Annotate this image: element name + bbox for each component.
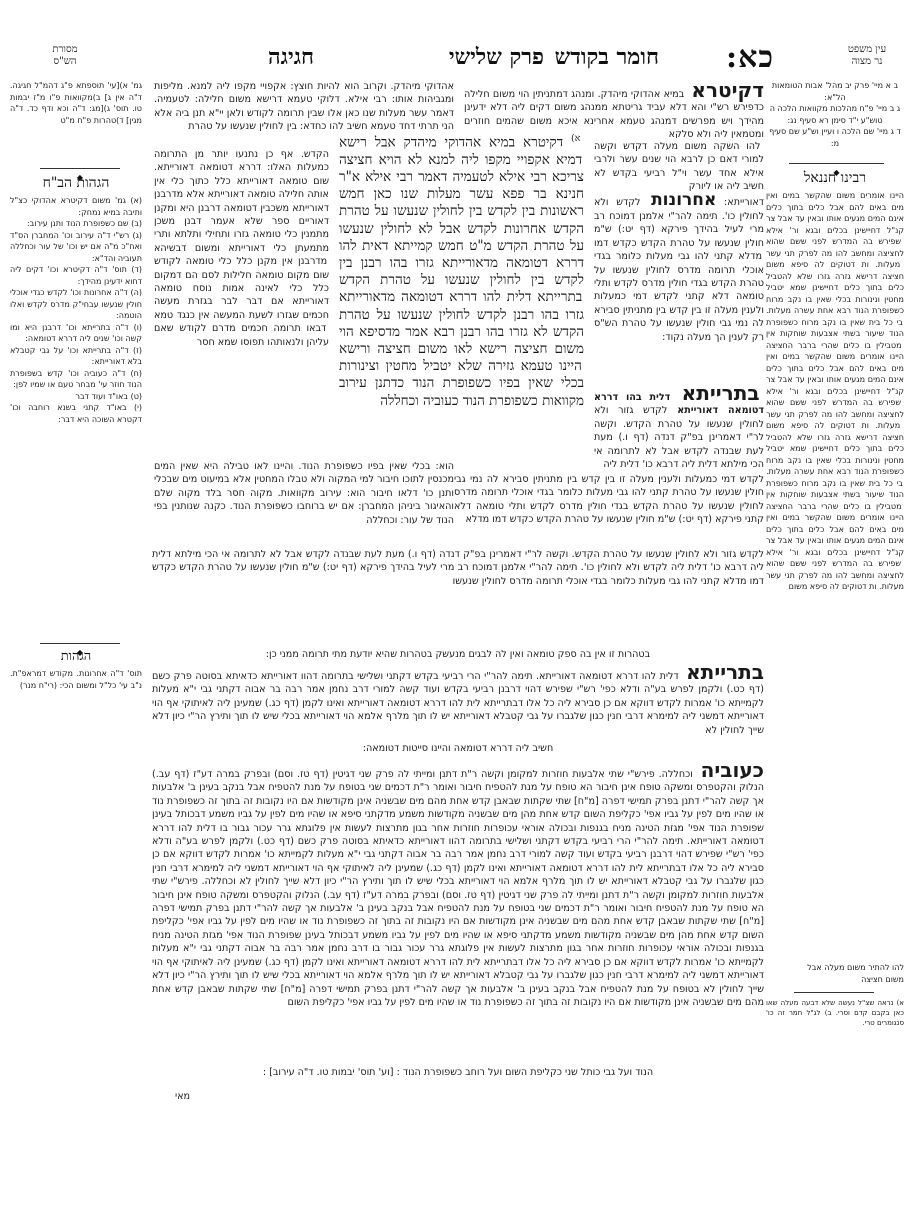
page-header: עין משפט נר מצוה כא: חומר בקודש פרק שליש…	[0, 40, 914, 76]
hagahot-text: תוס' ד"ה אחרונות. מקודש דמראפ"ת. נ"ב עי'…	[10, 668, 142, 718]
tosafot-dibur-hamatchil: דקיטרא	[684, 80, 764, 102]
rashi-bottom: הוא: בכלי שאין בפיו כשפופרת הנוד. והיינו…	[154, 460, 454, 545]
mesoret-label: מסורת הש"ס	[40, 44, 90, 68]
hagahot-habach-text: (א) גמ' משום דקיטרא אהדוקי כצ"ל ותיבה במ…	[10, 195, 142, 625]
hagahot-entry: (א) גמ' משום דקיטרא אהדוקי כצ"ל ותיבה במ…	[10, 195, 142, 218]
hagahot-entry: (ז) ד"ה בתרייתא וכו' על גבי קטבלא בלא דא…	[10, 345, 142, 368]
perek-name: חומר בקודש	[555, 44, 659, 70]
tosafot-top-col: להו השקה משום מעלה דקדש וקשה למורי דאם כ…	[594, 140, 764, 192]
ornament-divider: ◆	[40, 640, 120, 646]
rashi-top: אהדוקי מיהדק. וקרוב הוא להיות חוצץ: אקפו…	[154, 80, 454, 148]
rashi-column: הקדש. אף כן נתנעו יותר מן התרומה כמעלות …	[154, 148, 329, 458]
notes-divider	[794, 992, 874, 993]
hagahot-habach-title: הגהות הב"ח	[10, 175, 142, 192]
rabbeinu-chananel-text: היינו אומרים משום שהקשר במים ואין מים בא…	[766, 190, 904, 960]
hagahot-entry: (ב) שם כשפופרת הנוד ותנן עירוב:	[10, 218, 142, 230]
ein-mishpat-label: עין משפט נר מצוה	[832, 44, 902, 68]
tosafot-wide-1: לקדש גזור ולא לחולין שנעשו על טהרת הקדש.…	[152, 548, 764, 648]
gemara-text: א) דקיטרא במיא אהדוקי מיהדק אבל רישא דמי…	[339, 130, 584, 460]
tosafot-closing-line: הנוד ועל גבי כותל שני כקליפת השום ועל רו…	[152, 1066, 764, 1080]
tosafot-batraita-2-heading: בתרייתא	[679, 662, 764, 684]
talmud-page: עין משפט נר מצוה כא: חומר בקודש פרק שליש…	[0, 0, 914, 1213]
tosafot-acharonot-heading: אחרונות	[640, 190, 716, 210]
tosafot-batraita-heading: בתרייתא	[670, 383, 759, 405]
hagahot-entry: (ג) רש"י ד"ה עירוב וכו' המחברן הס"ד ואח"…	[10, 230, 142, 265]
catchword: מאי	[175, 1090, 215, 1104]
hagahot-entry: (ט) באו"ד ועוד דבר	[10, 391, 142, 403]
tosafot-acharonot: דאורייתא: אחרונות לקדש ולא לחולין כו'. ת…	[594, 190, 764, 375]
hagahot-entry: (ו) ד"ה בתרייתא וכו' דרבנן היא ומו קשה ו…	[10, 322, 142, 345]
perek-number: פרק שלישי	[449, 44, 544, 70]
ornament-divider: ◆	[40, 165, 120, 171]
ein-mishpat-entry: ד ג מיי' שם הלכה ו ועיין וש"ע שם סעיף מ:	[766, 126, 904, 149]
ein-mishpat-entry: ב א מיי' פרק יב מהל' אבות הטומאות הל"א:	[766, 80, 904, 103]
hagahot-entry: (ה) ד"ה אחרונות וכו' לקדש כגדי אוכלי חול…	[10, 287, 142, 322]
tosafot-keuvia: כעוביה וכחללה. פירש"י שתי אלבעות חוזרות …	[152, 760, 764, 1065]
hagahot-title: הגהות	[10, 648, 142, 664]
daf-number: כא:	[726, 40, 774, 75]
tosafot-batraita-2: בתרייתא דלית להו דררא דטומאה דאורייתא. ת…	[152, 662, 764, 742]
rabbeinu-chananel-title: רבינו חננאל	[766, 170, 904, 187]
hagahot-entry: (ד) תוס' ד"ה דקיטרא וכו' דקים ליה דחוא י…	[10, 264, 142, 287]
hagahot-entry: (ח) ד"ה כעוביה וכו' קדש בשפופרת הנוד חוז…	[10, 368, 142, 391]
editor-notes: א) נראה שצ"ל נעשה שלא דבעה מעלה שאו כאן …	[766, 998, 904, 1043]
tosafot-wide-1-end: בטהרות זו אין בה ספק טומאה ואין לה לבגים…	[152, 648, 764, 662]
rabbeinu-chananel-footer: להו להתיר משום מעלה אבל משום חציצה	[766, 962, 904, 986]
gemara-opening-word: דקיטרא	[515, 135, 563, 151]
tosafot-keuvia-heading: כעוביה	[693, 760, 764, 782]
mesoret-hashas: גמ' א)[עי' תוספתא פ"ג דהמ"ל חגיגה. ד"ה א…	[10, 80, 142, 155]
tosafot-batraita: בתרייתא דלית בהו דררא דטומאה דאורייתא לק…	[594, 383, 764, 473]
ornament-divider: ◆	[789, 160, 884, 166]
masechet-name: חגיגה	[268, 44, 314, 70]
ein-mishpat: ב א מיי' פרק יב מהל' אבות הטומאות הל"א: …	[766, 80, 904, 155]
ein-mishpat-entry: ג ב מיי' פ"ח מהלכות מקוואות הלכה ה טוש"ע…	[766, 103, 904, 126]
mesoret-entry: ד)טהרות פ"ח מ"ט	[60, 116, 123, 125]
hagahot-entry: (י) באו"ד קתני בשנא רוחבה וכו' דקטרא השו…	[10, 402, 142, 425]
tosafot-batraita-2-end: חשיב ליה דררא דטומאה והיינו סייטות דטומא…	[152, 742, 764, 756]
